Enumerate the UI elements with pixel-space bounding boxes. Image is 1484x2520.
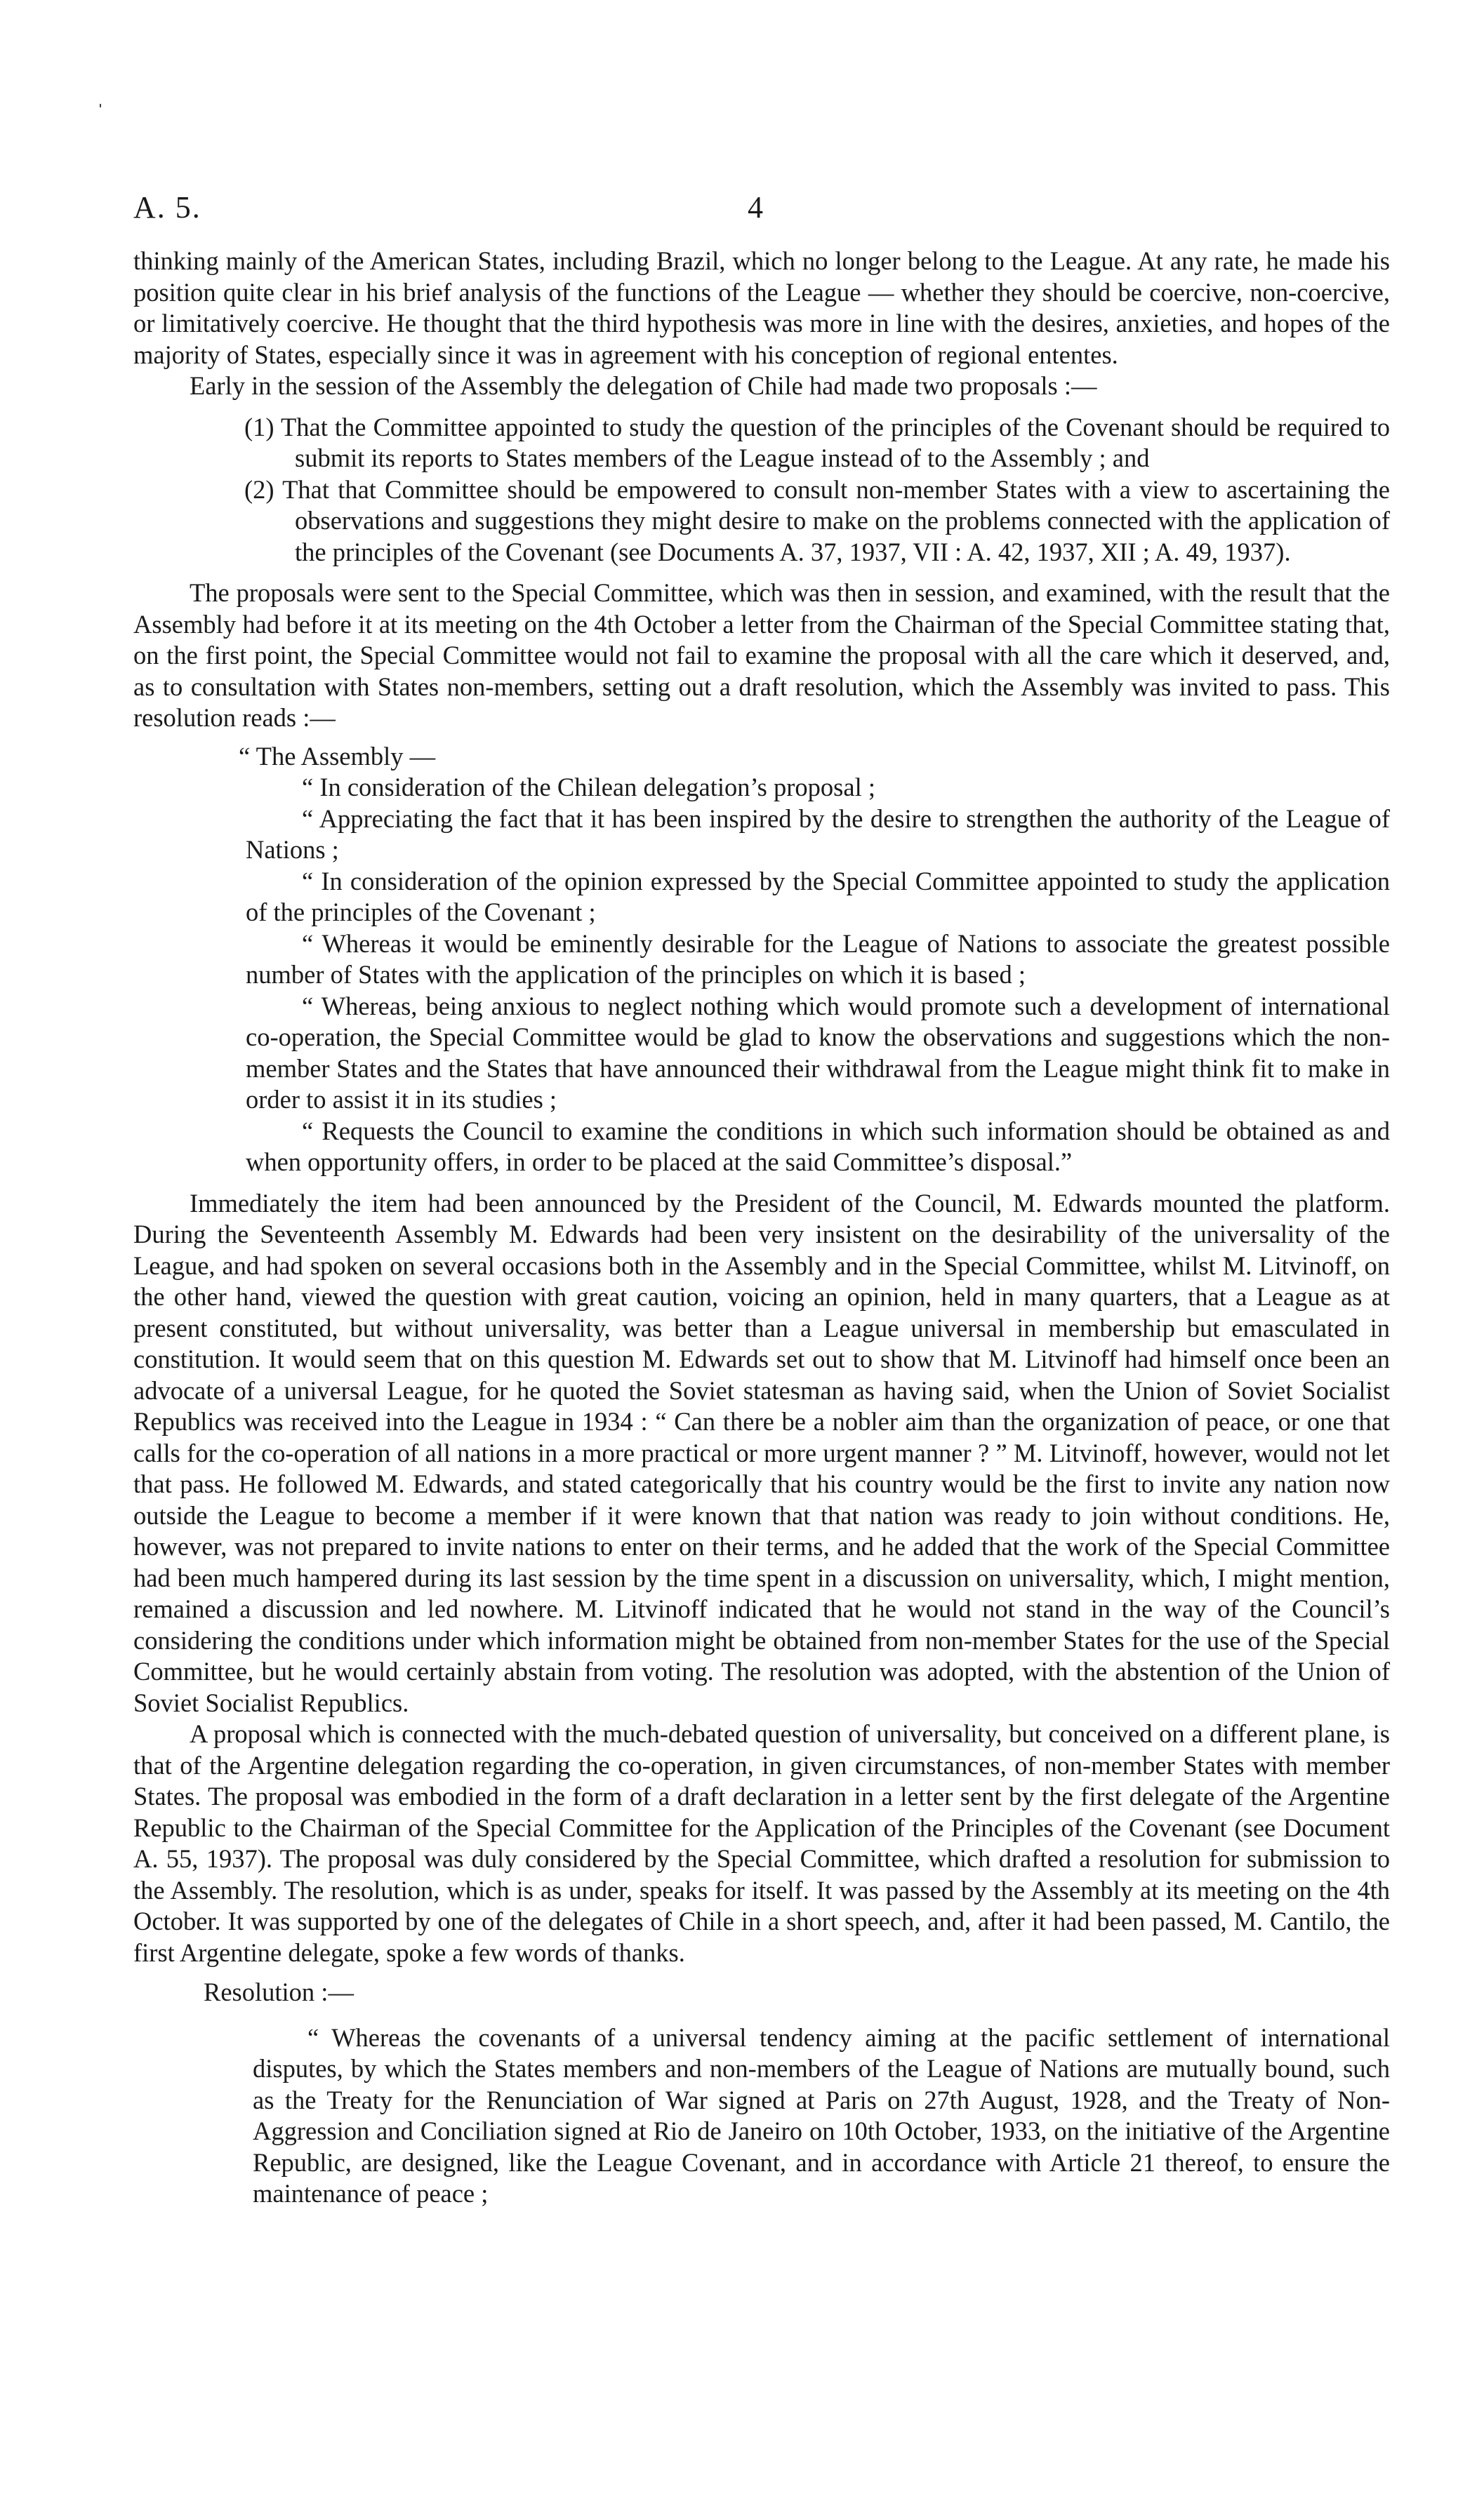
document-page: A. 5. 4 thinking mainly of the American … xyxy=(133,189,1390,2210)
draft-resolution-quote: “ The Assembly — “ In consideration of t… xyxy=(133,741,1390,1178)
document-reference: A. 5. xyxy=(133,189,201,225)
proposal-text: That that Committee should be empowered … xyxy=(282,475,1390,566)
draft-resolution-clause: “ In consideration of the Chilean delega… xyxy=(246,772,1390,804)
draft-resolution-clause: “ Requests the Council to examine the co… xyxy=(246,1116,1390,1178)
draft-resolution-clause: “ Appreciating the fact that it has been… xyxy=(246,804,1390,866)
proposal-text: That the Committee appointed to study th… xyxy=(281,413,1390,473)
page-number: 4 xyxy=(748,189,763,225)
paragraph-american-states: thinking mainly of the American States, … xyxy=(133,246,1390,371)
paragraph-chile-proposals-intro: Early in the session of the Assembly the… xyxy=(133,371,1390,402)
resolution-clause: “ Whereas the covenants of a universal t… xyxy=(253,2022,1390,2210)
page-header: A. 5. 4 xyxy=(133,189,1390,246)
resolution-label: Resolution :— xyxy=(133,1977,1390,2008)
draft-resolution-clause: “ Whereas it would be eminently desirabl… xyxy=(246,928,1390,991)
argentine-resolution: “ Whereas the covenants of a universal t… xyxy=(133,2022,1390,2210)
proposal-item: (2) That that Committee should be empowe… xyxy=(133,474,1390,568)
proposal-item: (1) That the Committee appointed to stud… xyxy=(133,412,1390,474)
proposals-list: (1) That the Committee appointed to stud… xyxy=(133,412,1390,568)
scan-artifact-mark xyxy=(100,104,101,107)
draft-resolution-opening: “ The Assembly — xyxy=(239,741,1390,773)
draft-resolution-clause: “ In consideration of the opinion expres… xyxy=(246,866,1390,928)
paragraph-special-committee: The proposals were sent to the Special C… xyxy=(133,578,1390,734)
proposal-number: (2) xyxy=(244,475,274,504)
paragraph-argentine-proposal: A proposal which is connected with the m… xyxy=(133,1719,1390,1968)
document-body: thinking mainly of the American States, … xyxy=(133,246,1390,2210)
draft-resolution-clause: “ Whereas, being anxious to neglect noth… xyxy=(246,991,1390,1116)
paragraph-edwards-litvinoff: Immediately the item had been announced … xyxy=(133,1188,1390,1719)
proposal-number: (1) xyxy=(244,413,274,441)
